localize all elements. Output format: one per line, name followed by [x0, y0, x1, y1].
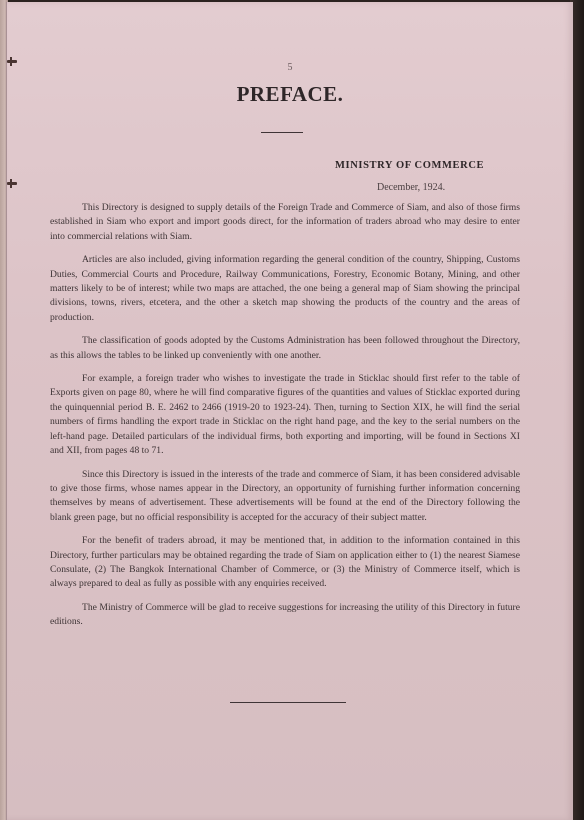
date-line: December, 1924. [377, 182, 445, 193]
page-number: 5 [7, 62, 573, 73]
page-title: PREFACE. [7, 82, 573, 107]
end-divider [230, 702, 346, 703]
document-page: 5 PREFACE. MINISTRY OF COMMERCE December… [6, 2, 573, 820]
binding-stitch-icon [7, 182, 17, 185]
paragraph-5: Since this Directory is issued in the in… [50, 468, 520, 526]
paragraph-3: The classification of goods adopted by t… [50, 334, 520, 363]
paragraph-4: For example, a foreign trader who wishes… [50, 372, 520, 458]
paragraph-2: Articles are also included, giving infor… [50, 253, 520, 325]
paragraph-1: This Directory is designed to supply det… [50, 201, 520, 244]
title-divider [261, 132, 303, 133]
paragraph-6: For the benefit of traders abroad, it ma… [50, 534, 520, 592]
preface-body: This Directory is designed to supply det… [50, 201, 520, 639]
paragraph-7: The Ministry of Commerce will be glad to… [50, 601, 520, 630]
author-heading: MINISTRY OF COMMERCE [335, 160, 484, 171]
